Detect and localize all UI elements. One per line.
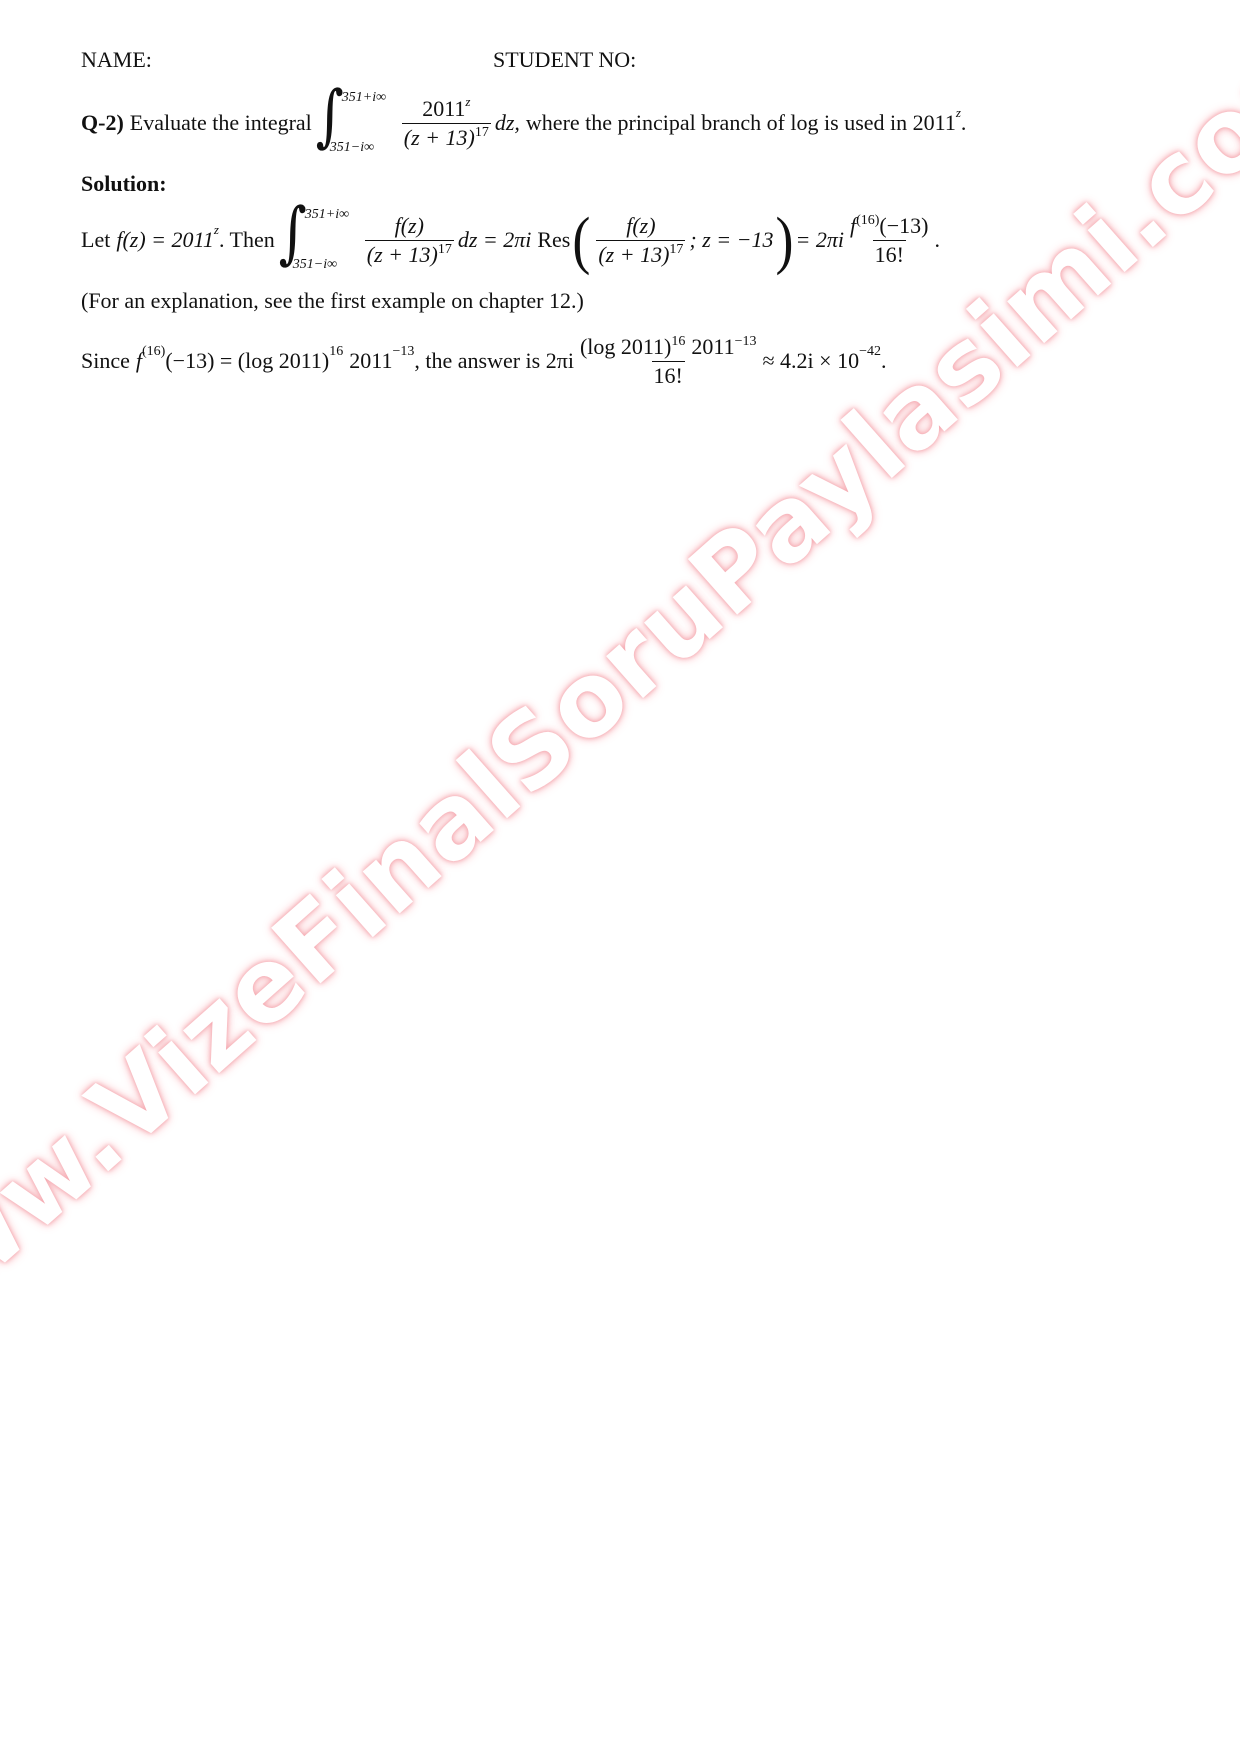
period: . [934,227,940,253]
integral-symbol: ∫ 351+i∞ 351−i∞ [316,88,394,158]
residue-operator: Res [537,227,570,253]
denominator: (z + 13) [404,125,475,150]
question-intro: Evaluate the integral [130,110,312,136]
residue-point: ; z = −13 [689,227,773,253]
derivative-value: (−13) = (log 2011) [165,348,329,374]
log-exponent: 16 [329,344,343,360]
f-argument: (−13) [879,213,928,238]
integrand-fraction: f(z) (z + 13)17 [365,215,454,266]
solution-line-1: Let f(z) = 2011z . Then ∫ 351+i∞ 351−i∞ … [81,205,940,275]
integral-lower-bound: 351−i∞ [293,257,337,273]
fraction-numerator: f(z) [393,215,426,240]
derivative-order: (16) [856,213,879,228]
tail-exponent: z [956,105,961,121]
answer-text: , the answer is 2πi [414,348,574,374]
residue-denominator-exponent: 17 [669,242,683,257]
residue-fraction: f(z) (z + 13)17 [596,215,685,266]
factorial-denominator: 16! [873,240,906,266]
question-number: Q-2) [81,110,124,136]
dz-equals: dz = 2πi [458,227,532,253]
log-term-exponent: 16 [671,334,685,349]
numerator-exponent: z [465,94,470,109]
solution-line-2: Since f(16)(−13) = (log 2011)16 2011−13,… [81,326,886,396]
residue-denominator: (z + 13) [598,242,669,267]
student-no-label: STUDENT NO: [493,49,636,71]
f-exponent: z [214,222,219,238]
approximate-answer: ≈ 4.2i × 10 [762,348,859,374]
power-term: 2011 [691,334,734,359]
integrand-fraction: 2011z (z + 13)17 [402,98,491,149]
power-term-exponent: −13 [735,334,757,349]
then-text: . Then [219,227,275,253]
dz: dz, [495,110,520,136]
derivative-order: (16) [142,344,165,360]
explanation-note: (For an explanation, see the first examp… [81,290,584,312]
exam-page: NAME: STUDENT NO: Q-2) Evaluate the inte… [0,0,1240,1754]
base-2011: 2011 [349,348,392,374]
integral-symbol: ∫ 351+i∞ 351−i∞ [279,205,357,275]
period: . [881,348,887,374]
numerator-base: 2011 [422,96,465,121]
question-tail: where the principal branch of log is use… [526,110,956,136]
base-exponent: −13 [392,344,414,360]
question-line: Q-2) Evaluate the integral ∫ 351+i∞ 351−… [81,88,966,158]
residue-numerator: f(z) [624,215,657,240]
let-text: Let [81,227,110,253]
integral-upper-bound: 351+i∞ [305,207,349,223]
since-text: Since [81,348,130,374]
answer-fraction: (log 2011)162011−13 16! [578,336,759,387]
log-term: (log 2011) [580,334,671,359]
result-fraction: f(16)(−13) 16! [848,215,931,266]
denominator-exponent: 17 [475,125,489,140]
integral-lower-bound: 351−i∞ [330,140,374,156]
integral-upper-bound: 351+i∞ [342,90,386,106]
solution-heading: Solution: [81,173,167,195]
factorial-denominator: 16! [652,361,685,387]
period: . [961,110,967,136]
name-label: NAME: [81,49,152,71]
equals-2pi-i: = 2πi [795,227,843,253]
f-definition: f(z) = 2011 [116,227,214,253]
answer-exponent: −42 [859,344,881,360]
denominator-exponent: 17 [438,242,452,257]
fraction-denominator: (z + 13) [367,242,438,267]
